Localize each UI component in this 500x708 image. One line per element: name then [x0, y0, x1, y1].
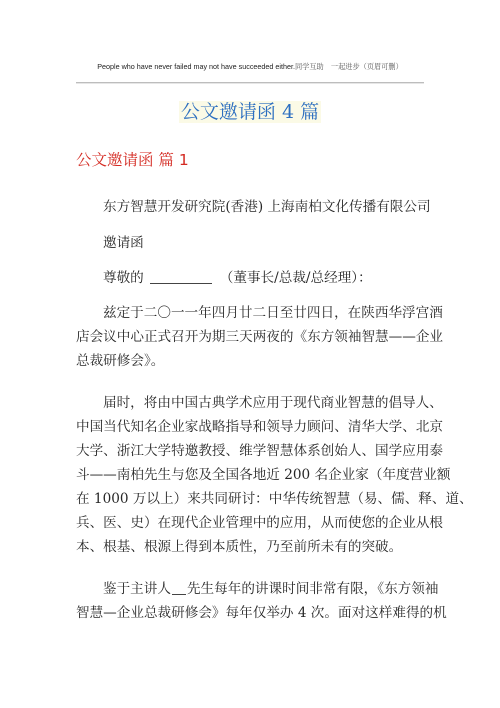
- paragraph-3-line-1: 鉴于主讲人先生每年的讲课时间非常有限，《东方领袖: [103, 579, 438, 599]
- header-quote-en: People who have never failed may not hav…: [97, 62, 295, 71]
- paragraph-1-line-1: 兹定于二〇一一年四月廿二日至廿四日，在陕西华浮宫酒: [103, 303, 443, 323]
- header-quote-cn: 同学互助 一起进步（页眉可删）: [295, 62, 403, 71]
- document-title-text: 公文邀请函 4 篇: [179, 101, 321, 123]
- organizers-line: 东方智慧开发研究院(香港) 上海南柏文化传播有限公司: [103, 197, 431, 217]
- section-heading: 公文邀请函 篇 1: [76, 149, 189, 171]
- page-header: People who have never failed may not hav…: [0, 61, 500, 73]
- paragraph-2-line-6: 兵、医、史）在现代企业管理中的应用，从而使您的企业从根: [76, 513, 443, 533]
- paragraph-2-line-1: 届时，将由中国古典学术应用于现代商业智慧的倡导人、: [103, 393, 443, 413]
- paragraph-2-line-4: 斗——南柏先生与您及全国各地近 200 名企业家（年度营业额: [76, 465, 450, 485]
- salutation-line: 尊敬的（董事长/总裁/总经理）：: [103, 268, 372, 288]
- speaker-blank-field: [172, 580, 186, 595]
- document-page: People who have never failed may not hav…: [0, 0, 500, 708]
- paragraph-2-line-7: 本、根基、根源上得到本质性，乃至前所未有的突破。: [76, 537, 402, 557]
- salutation-suffix: （董事长/总裁/总经理）：: [220, 270, 372, 286]
- doc-type-line: 邀请函: [103, 233, 144, 253]
- paragraph-2-line-2: 中国当代知名企业家战略指导和领导力顾问、清华大学、北京: [76, 417, 443, 437]
- paragraph-1-line-3: 总裁研修会》。: [76, 351, 164, 371]
- paragraph-2-line-3: 大学、浙江大学特邀教授、维学智慧体系创始人、国学应用泰: [76, 441, 443, 461]
- document-title: 公文邀请函 4 篇: [0, 99, 500, 125]
- paragraph-3-prefix: 鉴于主讲人: [103, 581, 171, 597]
- paragraph-3-line-2: 智慧—企业总裁研修会》每年仅举办 4 次。面对这样难得的机: [76, 603, 447, 623]
- salutation-prefix: 尊敬的: [103, 270, 144, 286]
- name-blank-field: [150, 269, 212, 284]
- paragraph-1-line-2: 店会议中心正式召开为期三天两夜的《东方领袖智慧——企业: [76, 327, 443, 347]
- paragraph-3-suffix: 先生每年的讲课时间非常有限，《东方领袖: [187, 581, 438, 597]
- header-divider: [76, 82, 424, 83]
- paragraph-2-line-5: 在 1000 万以上）来共同研讨：中华传统智慧（易、儒、释、道、: [76, 489, 473, 509]
